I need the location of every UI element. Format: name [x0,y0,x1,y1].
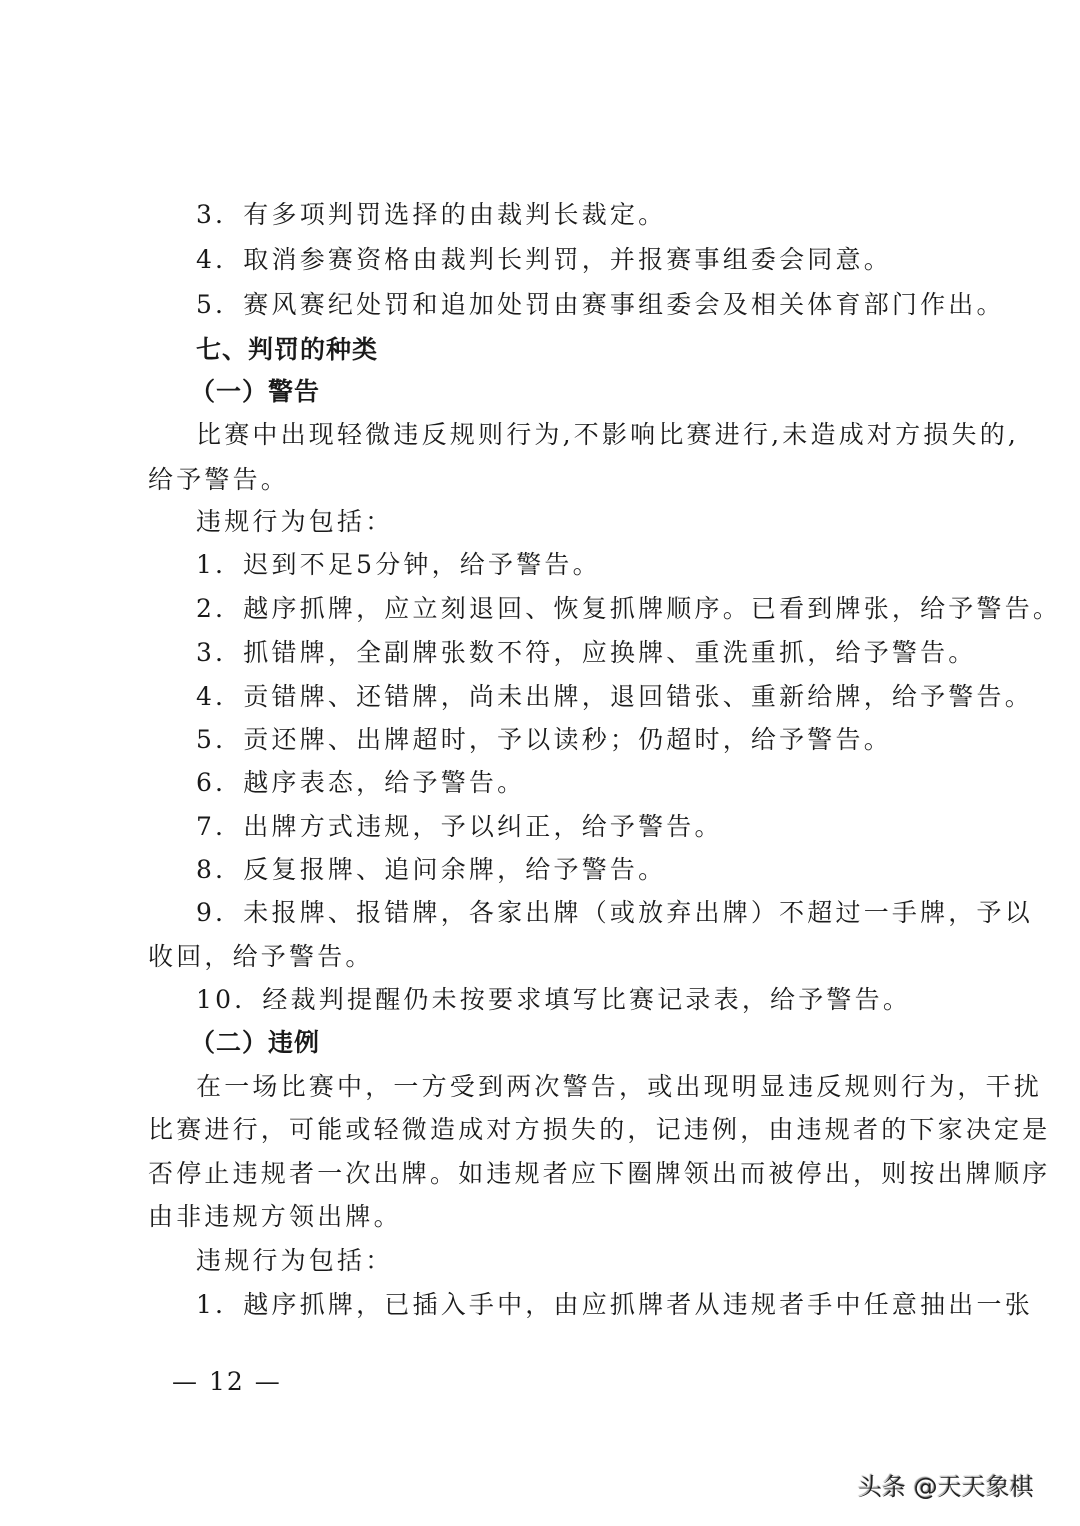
text-line: 4．取消参赛资格由裁判长判罚，并报赛事组委会同意。 [196,245,892,275]
subsection-heading: （二）违例 [190,1028,320,1058]
text-line: 违规行为包括： [196,507,393,537]
text-line: 5．赛风赛纪处罚和追加处罚由赛事组委会及相关体育部门作出。 [196,290,1005,320]
text-line: 否停止违规者一次出牌。如违规者应下圈牌领出而被停出，则按出牌顺序 [148,1159,1050,1189]
document-page: 3．有多项判罚选择的由裁判长裁定。4．取消参赛资格由裁判长判罚，并报赛事组委会同… [0,0,1080,1526]
text-line: 1．迟到不足5分钟，给予警告。 [196,550,601,580]
page-number: — 12 — [172,1367,282,1397]
text-line: 9．未报牌、报错牌，各家出牌（或放弃出牌）不超过一手牌，予以 [196,898,1033,928]
text-line: 1．越序抓牌，已插入手中，由应抓牌者从违规者手中任意抽出一张 [196,1290,1033,1320]
text-line: 3．抓错牌，全副牌张数不符，应换牌、重洗重抓，给予警告。 [196,638,977,668]
watermark: 头条 @天天象棋 [858,1472,1034,1502]
text-line: 比赛进行，可能或轻微造成对方损失的，记违例，由违规者的下家决定是 [148,1115,1050,1145]
text-line: 5．贡还牌、出牌超时，予以读秒；仍超时，给予警告。 [196,725,892,755]
section-heading: 七、判罚的种类 [196,335,378,365]
text-line: 违规行为包括： [196,1246,393,1276]
text-line: 2．越序抓牌，应立刻退回、恢复抓牌顺序。已看到牌张，给予警告。 [196,594,1061,624]
text-line: 7．出牌方式违规，予以纠正，给予警告。 [196,812,723,842]
text-line: 10．经裁判提醒仍未按要求填写比赛记录表，给予警告。 [196,985,911,1015]
text-line: 由非违规方领出牌。 [148,1202,402,1232]
text-line: 6．越序表态，给予警告。 [196,768,525,798]
text-line: 8．反复报牌、追问余牌，给予警告。 [196,855,666,885]
text-line: 3．有多项判罚选择的由裁判长裁定。 [196,200,666,230]
text-line: 给予警告。 [148,465,289,495]
text-line: 4．贡错牌、还错牌，尚未出牌，退回错张、重新给牌，给予警告。 [196,682,1033,712]
subsection-heading: （一）警告 [190,377,320,407]
text-line: 在一场比赛中，一方受到两次警告，或出现明显违反规则行为，干扰 [196,1072,1042,1102]
text-line: 比赛中出现轻微违反规则行为,不影响比赛进行,未造成对方损失的, [196,420,1019,450]
text-line: 收回，给予警告。 [148,942,374,972]
